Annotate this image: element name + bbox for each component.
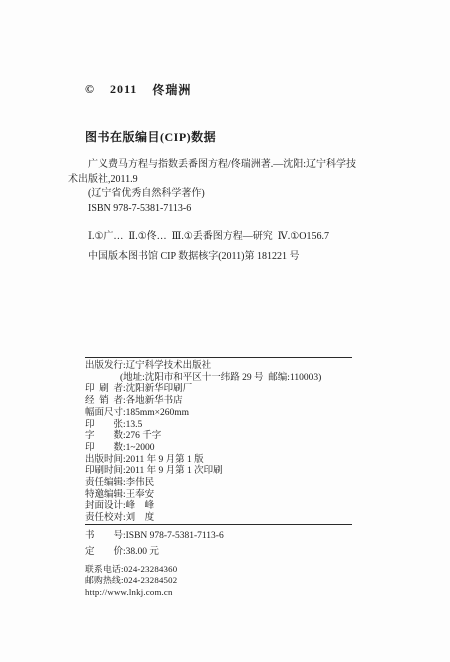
contact-line: http://www.lnkj.com.cn: [85, 587, 385, 598]
colophon-row: 特邀编辑:王奉安: [85, 490, 415, 502]
field-value: 王奉安: [126, 490, 155, 500]
cip-line: 广义费马方程与指数丢番图方程/佟瑞洲著.—沈阳:辽宁科学技: [68, 158, 368, 173]
field-value: 38.00 元: [126, 547, 159, 557]
colophon-row: 封面设计:峰 峰: [85, 501, 415, 513]
field-value: 刘 度: [126, 513, 155, 523]
field-value: 1~2000: [126, 443, 155, 453]
cip-header: 图书在版编目(CIP)数据: [85, 128, 216, 145]
field-value: 李伟民: [126, 478, 155, 488]
colophon-row: 幅面尺寸:185mm×260mm: [85, 408, 415, 420]
field-label: 责任编辑: [85, 478, 123, 490]
divider-rule-bottom: [85, 524, 352, 525]
colophon-row: 经销者:各地新华书店: [85, 396, 415, 408]
divider-rule-top: [85, 357, 352, 358]
field-label: 印刷时间: [85, 466, 123, 478]
field-label: 印刷者: [85, 384, 123, 396]
contact-line: 联系电话:024-23284360: [85, 564, 385, 575]
copyright-symbol: ©: [85, 82, 95, 97]
field-value: 185mm×260mm: [126, 408, 189, 418]
field-value: 各地新华书店: [126, 396, 183, 406]
colophon-row: 书号:ISBN 978-7-5381-7113-6: [85, 528, 415, 544]
colophon-row: 定价:38.00 元: [85, 544, 415, 560]
cip-description-block: 广义费马方程与指数丢番图方程/佟瑞洲著.—沈阳:辽宁科学技术出版社,2011.9…: [68, 158, 368, 216]
publisher-contact-block: 联系电话:024-23284360邮购热线:024-23284502http:/…: [85, 564, 385, 598]
cip-record-number-line: 中国版本图书馆 CIP 数据核字(2011)第 181221 号: [88, 247, 418, 262]
field-label: 特邀编辑: [85, 490, 123, 502]
field-label: 字数: [85, 431, 123, 443]
colophon-row: 出版时间:2011 年 9 月第 1 版: [85, 455, 415, 467]
field-value: 2011 年 9 月第 1 次印刷: [126, 466, 223, 476]
cip-line: 术出版社,2011.9: [68, 173, 368, 188]
colophon-row: 印张:13.5: [85, 420, 415, 432]
isbn-price-block: 书号:ISBN 978-7-5381-7113-6定价:38.00 元: [85, 528, 415, 560]
field-label: 经销者: [85, 396, 123, 408]
colophon-row: 责任编辑:李伟民: [85, 478, 415, 490]
field-label: 印张: [85, 420, 123, 432]
colophon-row: 印刷时间:2011 年 9 月第 1 次印刷: [85, 466, 415, 478]
field-value: 沈阳新华印刷厂: [126, 384, 193, 394]
field-value: 2011 年 9 月第 1 版: [126, 455, 204, 465]
copyright-line: © 2011 佟瑞洲: [85, 81, 191, 98]
colophon-row: 出版发行:辽宁科学技术出版社: [85, 361, 415, 373]
copyright-holder: 佟瑞洲: [152, 81, 191, 98]
address-line: (地址:沈阳市和平区十一纬路 29 号 邮编:110003): [85, 373, 415, 385]
field-label: 幅面尺寸: [85, 408, 123, 420]
field-value: 13.5: [126, 420, 143, 430]
copyright-year: 2011: [110, 82, 137, 97]
cip-line: ISBN 978-7-5381-7113-6: [68, 202, 368, 217]
contact-line: 邮购热线:024-23284502: [85, 575, 385, 586]
colophon-row: 字数:276 千字: [85, 431, 415, 443]
publication-info-block: 出版发行:辽宁科学技术出版社(地址:沈阳市和平区十一纬路 29 号 邮编:110…: [85, 361, 415, 525]
colophon-row: 印刷者:沈阳新华印刷厂: [85, 384, 415, 396]
cip-line: (辽宁省优秀自然科学著作): [68, 187, 368, 202]
field-label: 定价: [85, 544, 123, 560]
field-value: 峰 峰: [126, 501, 155, 511]
field-label: 书号: [85, 528, 123, 544]
field-label: 出版发行: [85, 361, 123, 373]
field-label: 印数: [85, 443, 123, 455]
cip-classification-line: Ⅰ.①广… Ⅱ.①佟… Ⅲ.①丢番图方程—研究 Ⅳ.①O156.7: [88, 227, 418, 242]
field-label: 出版时间: [85, 455, 123, 467]
colophon-row: 印数:1~2000: [85, 443, 415, 455]
field-value: ISBN 978-7-5381-7113-6: [126, 531, 224, 541]
field-value: 276 千字: [126, 431, 162, 441]
field-value: 辽宁科学技术出版社: [126, 361, 212, 371]
book-colophon-page: © 2011 佟瑞洲 图书在版编目(CIP)数据 广义费马方程与指数丢番图方程/…: [0, 0, 450, 662]
field-label: 封面设计: [85, 501, 123, 513]
